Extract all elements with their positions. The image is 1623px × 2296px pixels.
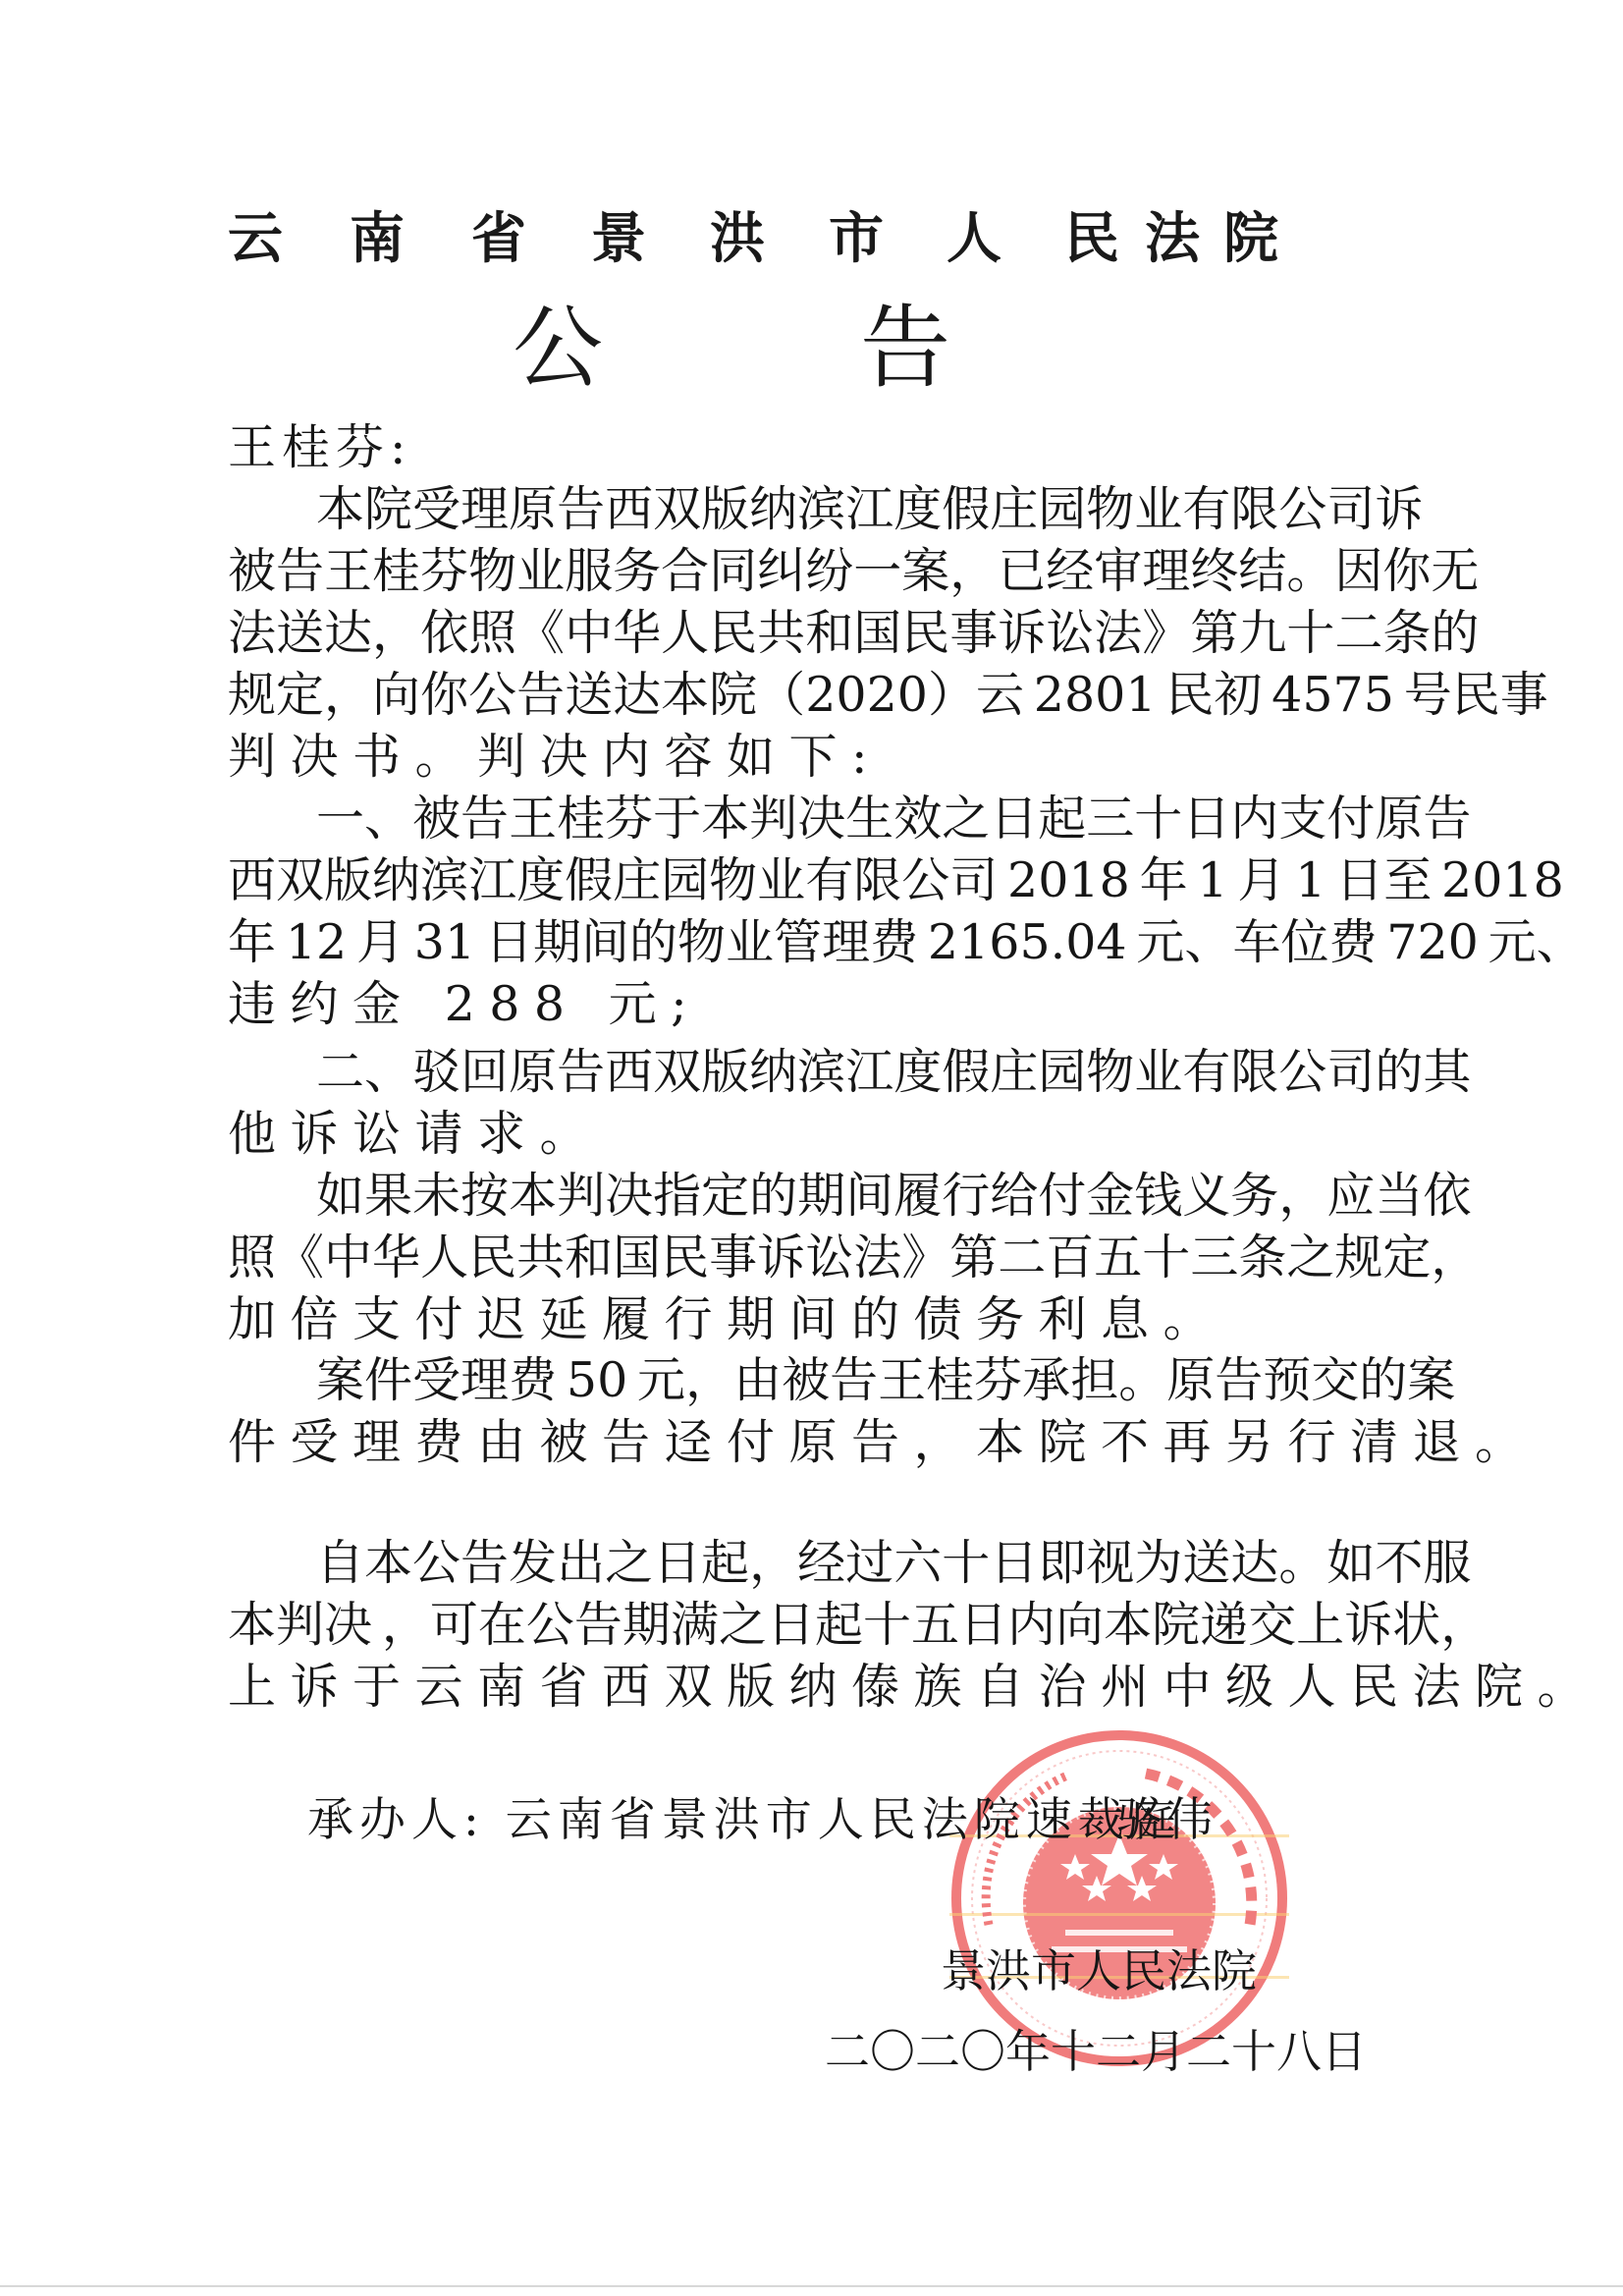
body-line: 本院受理原告西双版纳滨江度假庄园物业有限公司诉	[316, 478, 1353, 540]
court-announcement-page: 云 南 省 景 洪 市 人 民 法 院 公 告 王桂芬: 本院受理原告西双版纳滨…	[0, 0, 1623, 2296]
body-line: 判决书。判决内容如下:	[228, 726, 882, 788]
body-line: 照《中华人民共和国民事诉讼法》第二百五十三条之规定，	[228, 1227, 1353, 1288]
appeal-paragraph: 自本公告发出之日起，经过六十日即视为送达。如不服	[316, 1532, 1353, 1594]
body-line: 违约金 288 元;	[228, 973, 701, 1035]
body-line: 西双版纳滨江度假庄园物业有限公司 2018 年 1 月 1 日至 2018	[228, 849, 1353, 911]
judgment-item-2: 二、驳回原告西双版纳滨江度假庄园物业有限公司的其	[316, 1041, 1353, 1103]
court-seal-stamp-icon	[949, 1728, 1289, 2068]
body-line: 年 12 月 31 日期间的物业管理费 2165.04 元、车位费 720 元、	[228, 911, 1353, 973]
title-char: 云	[228, 204, 283, 275]
body-line: 被告王桂芬物业服务合同纠纷一案，已经审理终结。因你无	[228, 540, 1353, 602]
judgment-item-1: 一、被告王桂芬于本判决生效之日起三十日内支付原告	[316, 788, 1353, 849]
title-char: 民	[1064, 204, 1119, 275]
announcement-heading: 公 告	[0, 295, 1623, 403]
salutation: 王桂芬:	[228, 416, 412, 478]
title-char: 南	[350, 204, 405, 275]
body-line: 本判决 ，可在公告期满之日起十五日内向本院递交上诉状，	[228, 1594, 1353, 1656]
handler-name: 骆伟	[1116, 1789, 1217, 1851]
title-char: 人	[947, 204, 1001, 275]
title-char: 法	[1145, 204, 1200, 275]
heading-char: 公	[513, 295, 603, 403]
signing-court: 景洪市人民法院	[941, 1941, 1257, 2002]
title-char: 景	[591, 204, 646, 275]
body-line: 法送达，依照《中华人民共和国民事诉讼法》第九十二条的	[228, 602, 1353, 664]
page-bottom-edge	[0, 2285, 1623, 2287]
body-line: 规定，向你公告送达本院（2020）云 2801 民初 4575 号民事	[228, 664, 1353, 726]
title-char: 市	[829, 204, 884, 275]
body-line: 件受理费由被告迳付原告，本院不再另行清退。	[228, 1411, 1538, 1473]
title-char: 院	[1223, 204, 1278, 275]
heading-char: 告	[860, 295, 950, 403]
case-fee-paragraph: 案件受理费 50 元，由被告王桂芬承担。原告预交的案	[316, 1349, 1353, 1411]
title-char: 省	[471, 204, 526, 275]
body-line: 他诉讼请求。	[228, 1103, 602, 1165]
body-line: 上诉于云南省西双版纳傣族自治州中级人民法院。	[228, 1656, 1599, 1718]
announcement-date: 二〇二〇年十二月二十八日	[825, 2021, 1269, 2083]
handler-label: 承办人: 云南省景洪市人民法院速裁庭	[307, 1789, 1182, 1851]
enforcement-paragraph: 如果未按本判决指定的期间履行给付金钱义务，应当依	[316, 1165, 1353, 1227]
body-line: 加倍支付迟延履行期间的债务利息。	[228, 1288, 1225, 1350]
title-char: 洪	[710, 204, 765, 275]
court-name-title: 云 南 省 景 洪 市 人 民 法 院	[228, 204, 1278, 275]
